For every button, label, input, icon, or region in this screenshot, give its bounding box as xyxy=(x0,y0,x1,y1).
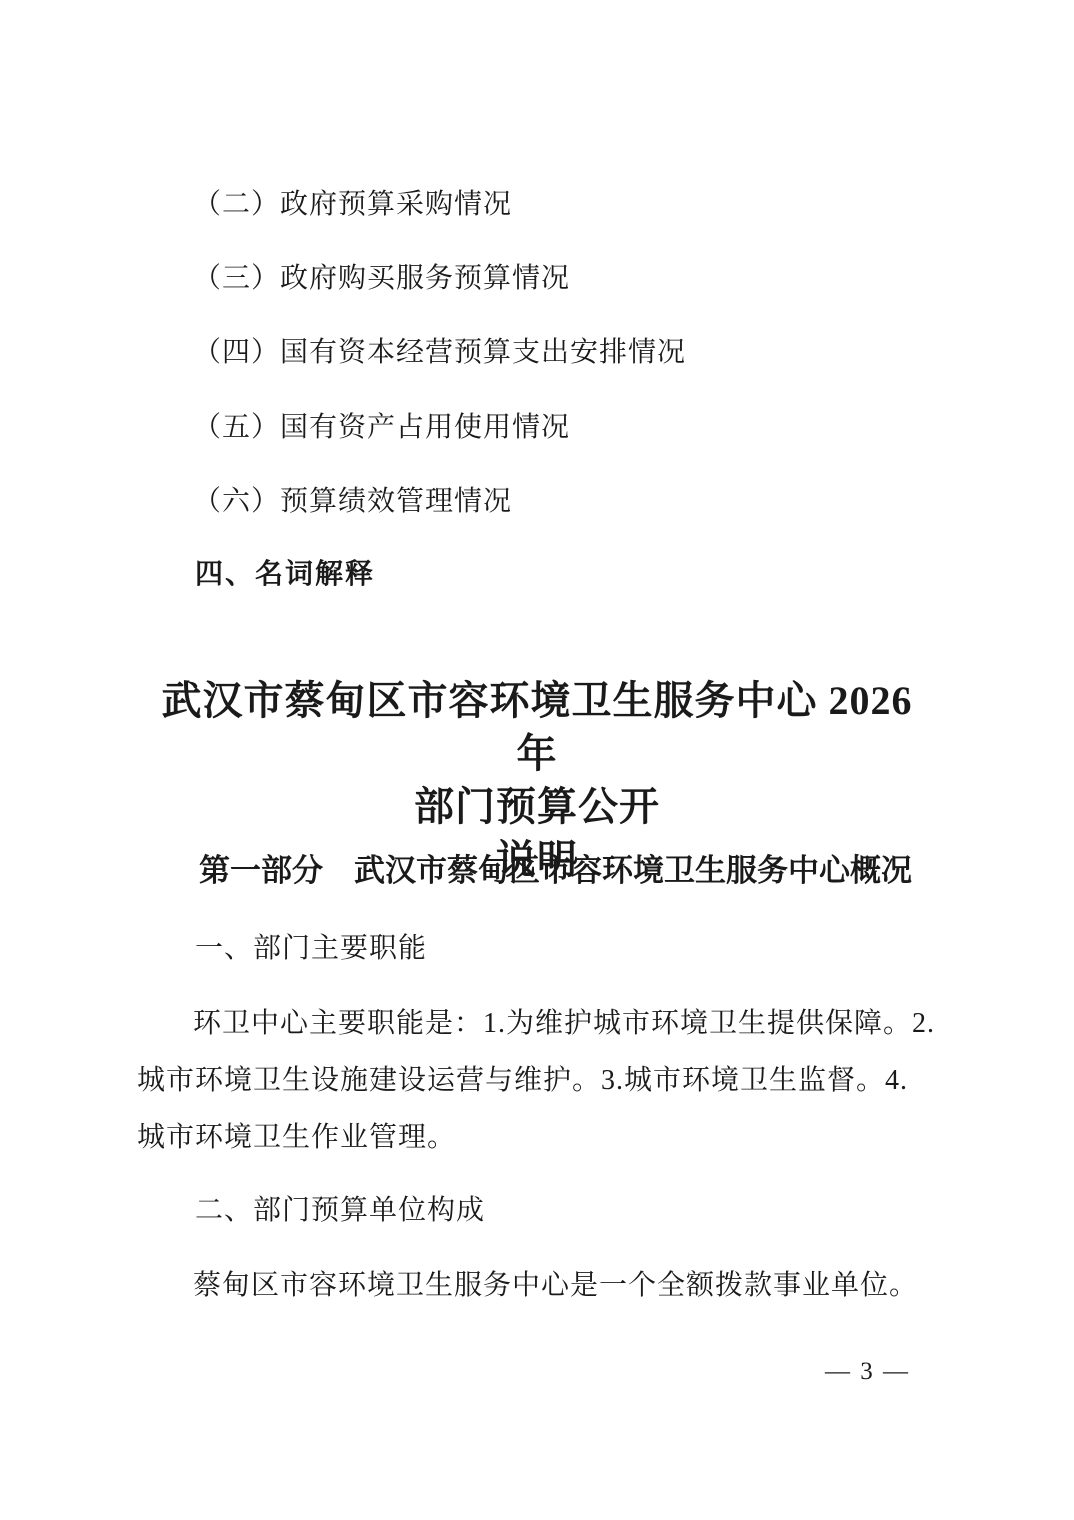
document-page: （二）政府预算采购情况 （三）政府购买服务预算情况 （四）国有资本经营预算支出安… xyxy=(0,0,1074,1520)
section1-paragraph-line3: 城市环境卫生作业管理。 xyxy=(137,1122,937,1154)
toc-item-5: （五）国有资产占用使用情况 xyxy=(137,412,993,444)
page-number: — 3 — xyxy=(825,1358,910,1386)
section1-paragraph-line1: 环卫中心主要职能是：1.为维护城市环境卫生提供保障。2. xyxy=(137,1008,993,1040)
toc-item-4: （四）国有资本经营预算支出安排情况 xyxy=(137,337,993,369)
part1-heading: 第一部分 武汉市蔡甸区市容环境卫生服务中心概况 xyxy=(137,853,937,889)
section1-heading: 一、部门主要职能 xyxy=(137,933,995,965)
toc-item-6: （六）预算绩效管理情况 xyxy=(137,486,993,518)
section2-heading: 二、部门预算单位构成 xyxy=(137,1195,995,1227)
toc-item-2: （二）政府预算采购情况 xyxy=(137,189,993,221)
toc-item-3: （三）政府购买服务预算情况 xyxy=(137,263,993,295)
section1-paragraph-line2: 城市环境卫生设施建设运营与维护。3.城市环境卫生监督。4. xyxy=(137,1065,937,1097)
document-title-line2: 部门预算公开 xyxy=(137,780,937,833)
section2-paragraph: 蔡甸区市容环境卫生服务中心是一个全额拨款事业单位。 xyxy=(137,1270,993,1302)
document-title-line1: 武汉市蔡甸区市容环境卫生服务中心 2026 年 xyxy=(137,674,937,780)
toc-section4-heading: 四、名词解释 xyxy=(137,558,995,590)
